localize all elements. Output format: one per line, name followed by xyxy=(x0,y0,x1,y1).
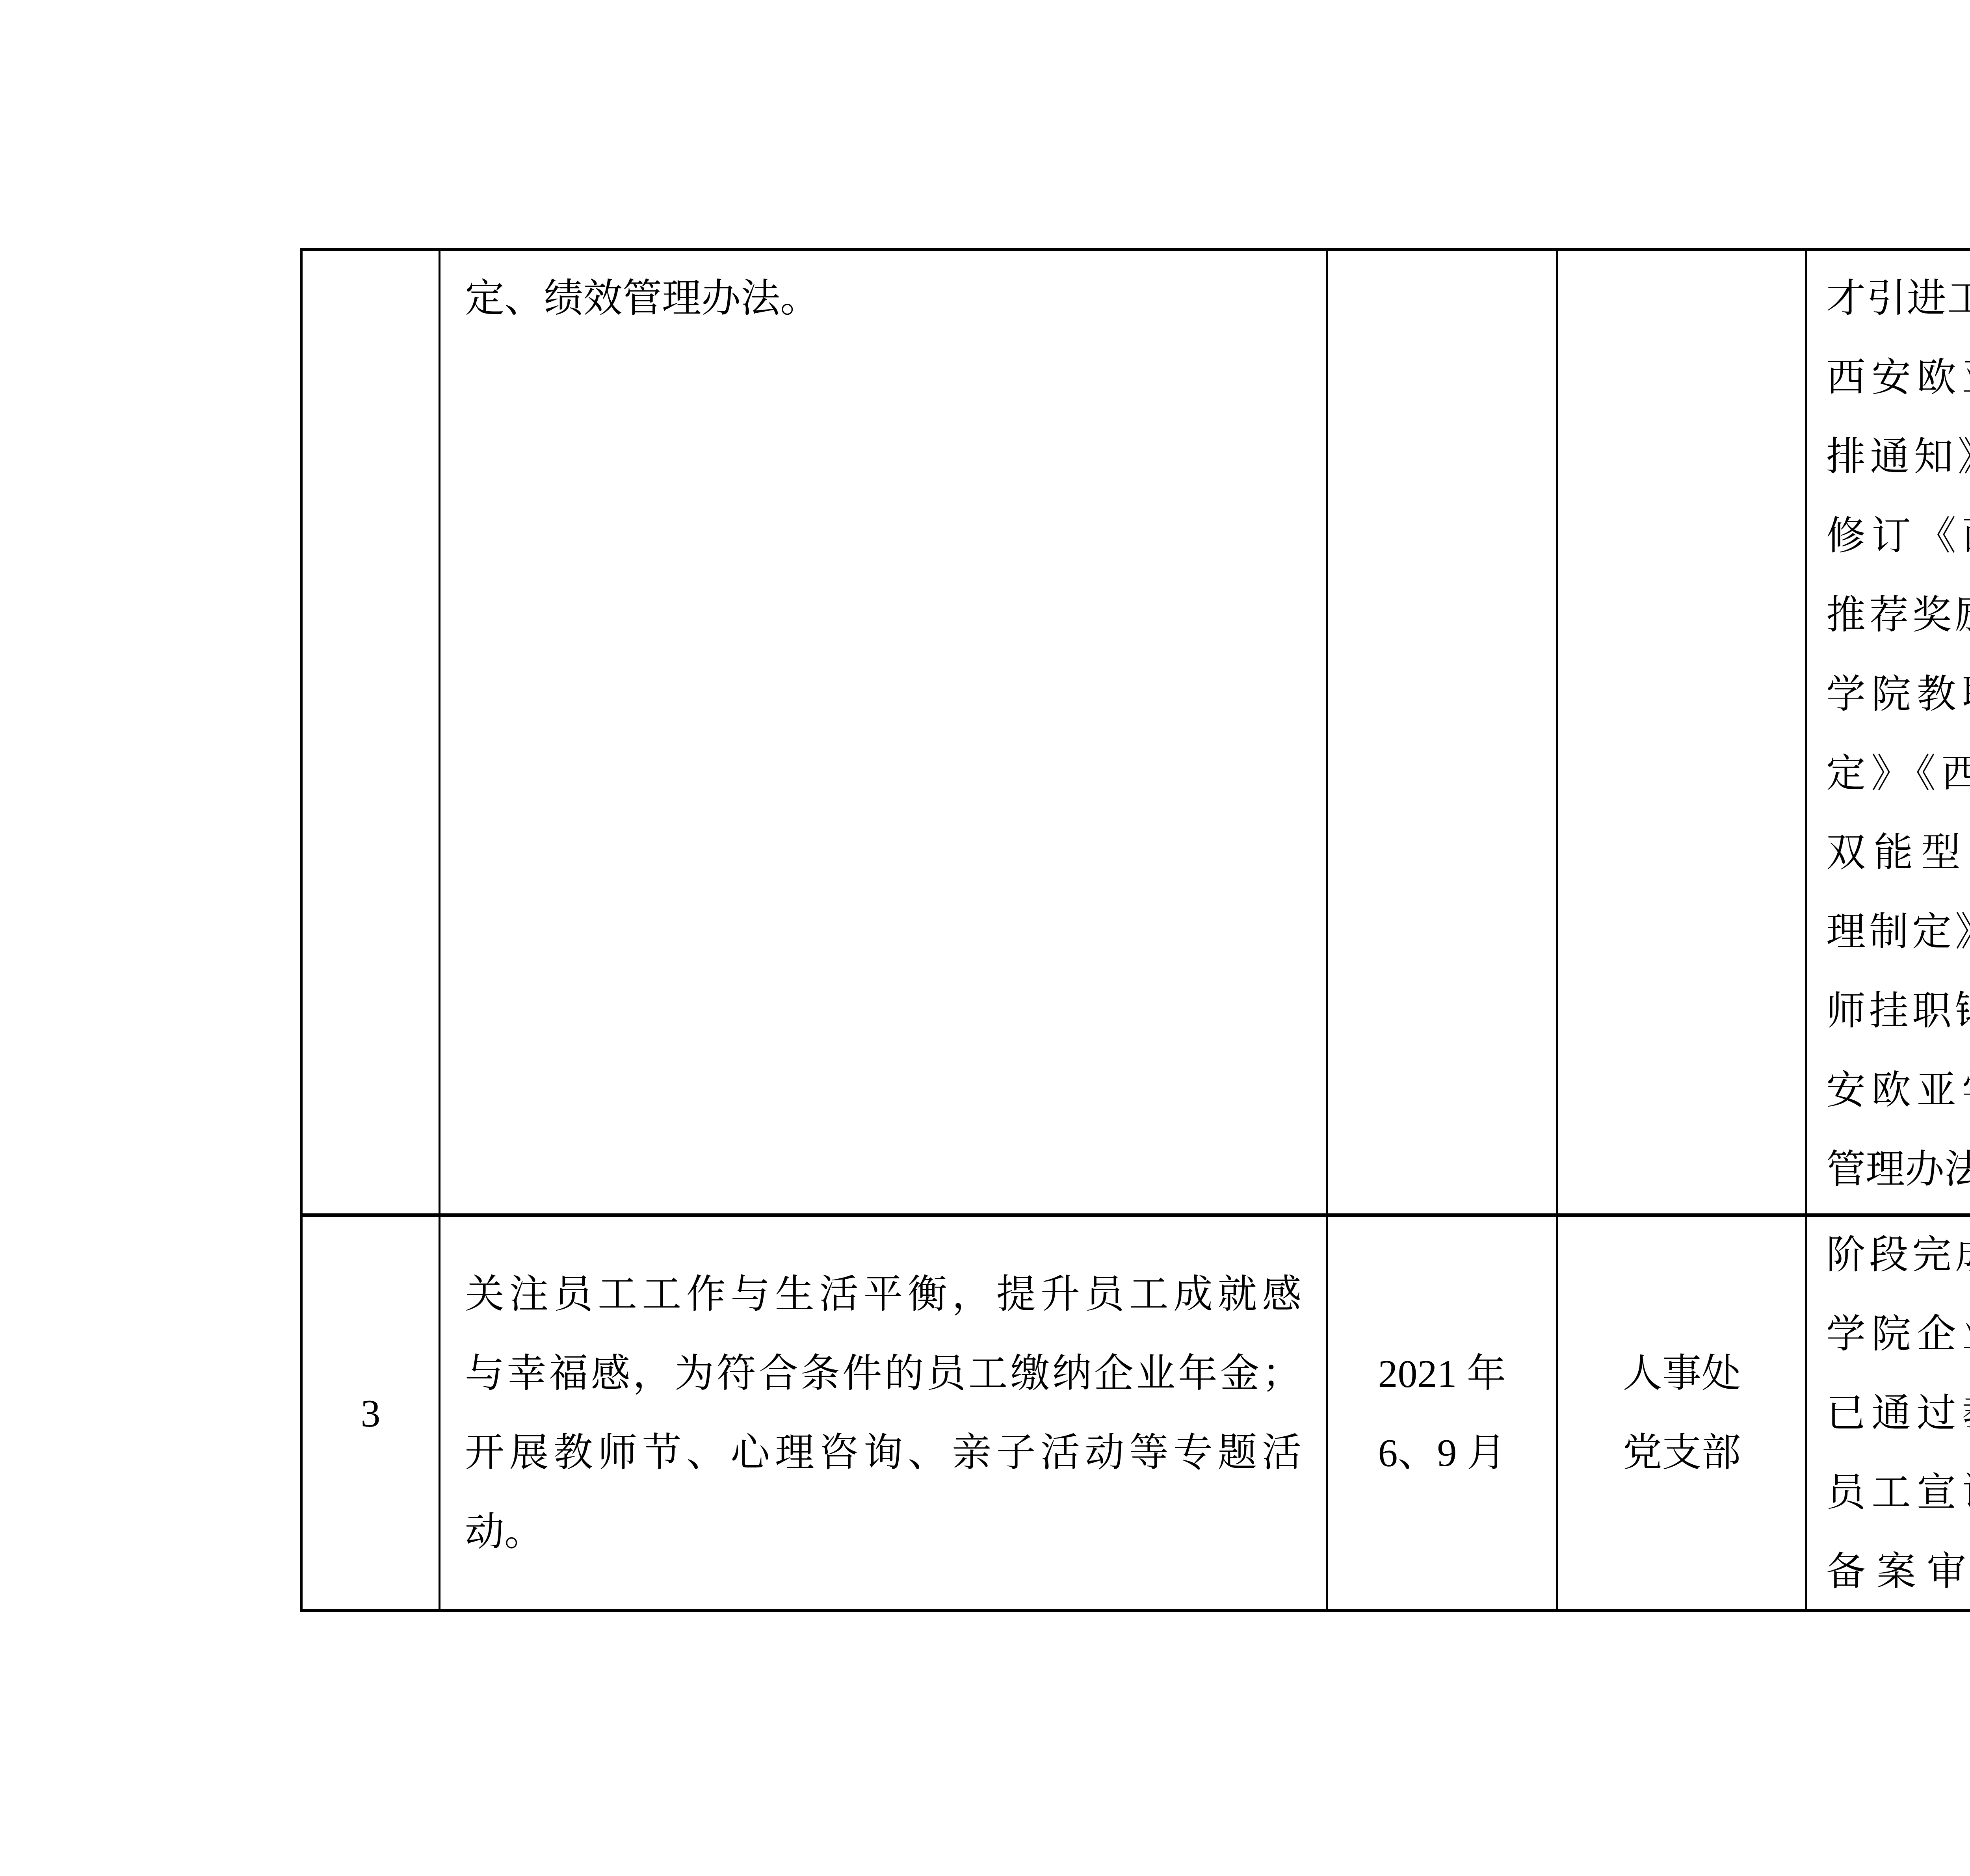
text-line: 党支部 xyxy=(1558,1413,1805,1492)
text-line: 修订《西安欧亚学院内部 xyxy=(1826,496,1970,576)
row2-date-cell: 2021 年6、9 月 xyxy=(1326,1213,1556,1609)
row1-date-cell xyxy=(1326,251,1556,1213)
row2-dept-cell: 人事处党支部 xyxy=(1556,1213,1805,1609)
text-line: 学院企业年金实施方案》 xyxy=(1826,1295,1970,1374)
row-number: 3 xyxy=(303,1374,439,1453)
text-line: 人事处 xyxy=(1558,1334,1805,1413)
text-line: 理制定》《西安欧亚学院教 xyxy=(1826,892,1970,971)
text-line: 2021 年 xyxy=(1328,1334,1556,1413)
text-line: 推荐奖励制度》《西安欧亚 xyxy=(1826,576,1970,655)
text-line: 阶段完成情况。《西安欧亚 xyxy=(1826,1215,1970,1295)
text-line: 学院教职员工绩效管理规 xyxy=(1826,655,1970,734)
text-line: 师挂职锻炼实施办法》《西 xyxy=(1826,971,1970,1051)
text-line: 西安欧亚学院暑期培训安 xyxy=(1826,338,1970,417)
text-line: 定、绩效管理办法。 xyxy=(465,259,1301,338)
text-line: 备案审批中，通过后从 xyxy=(1826,1532,1970,1610)
text-line: 员工宣讲，政府主管部门 xyxy=(1826,1453,1970,1532)
text-line: 才引进工作。制定《2021 年 xyxy=(1826,259,1970,338)
text-line: 动。 xyxy=(465,1492,1301,1571)
row1-task-cell: 定、绩效管理办法。 xyxy=(439,251,1326,1213)
document-page: { "page": { "number_label": "- 23 -" }, … xyxy=(0,0,1970,1876)
text-line: 双能型”教师队伍建设管 xyxy=(1826,813,1970,892)
text-line: 与幸福感，为符合条件的员工缴纳企业年金； xyxy=(465,1334,1301,1413)
text-line: 开展教师节、心理咨询、亲子活动等专题活 xyxy=(465,1413,1301,1492)
text-line: 6、9 月 xyxy=(1328,1413,1556,1492)
row2-number-cell: 3 xyxy=(303,1213,439,1609)
text-line: 排通知》，7 月进行实施。 xyxy=(1826,417,1970,496)
text-line: 管理办法》制度。 xyxy=(1826,1130,1970,1209)
row2-task-cell: 关注员工工作与生活平衡，提升员工成就感与幸福感，为符合条件的员工缴纳企业年金；开… xyxy=(439,1213,1326,1609)
row1-number-cell xyxy=(303,251,439,1213)
row2-status-cell: 阶段完成情况。《西安欧亚学院企业年金实施方案》已通过教代会审议并完成员工宣讲，政… xyxy=(1805,1213,1970,1609)
text-line: 已通过教代会审议并完成 xyxy=(1826,1374,1970,1453)
schedule-table: 定、绩效管理办法。 才引进工作。制定《2021 年西安欧亚学院暑期培训安排通知》… xyxy=(300,248,1970,1612)
text-line: 安欧亚学院学术假期补贴 xyxy=(1826,1051,1970,1130)
row1-dept-cell xyxy=(1556,251,1805,1213)
text-line: 关注员工工作与生活平衡，提升员工成就感 xyxy=(465,1255,1301,1334)
row1-status-cell: 才引进工作。制定《2021 年西安欧亚学院暑期培训安排通知》，7 月进行实施。修… xyxy=(1805,251,1970,1213)
text-line: 定》《西安欧亚学院“双师 xyxy=(1826,734,1970,813)
